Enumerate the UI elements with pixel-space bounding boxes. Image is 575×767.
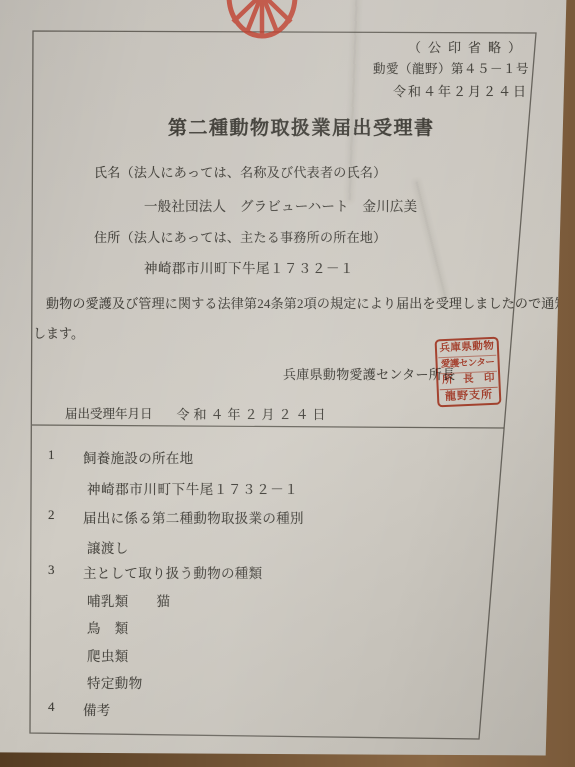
item-2-value: 譲渡し: [87, 537, 129, 557]
header-issue-date: 令和４年２月２４日: [393, 81, 528, 100]
issuer-title: 兵庫県動物愛護センター所長: [283, 364, 455, 383]
section-divider-line: [32, 425, 504, 428]
office-seal-line: 兵庫県動物: [438, 340, 497, 357]
body-text-line1: 動物の愛護及び管理に関する法律第24条第2項の規定により届出を受理しましたので通…: [33, 293, 568, 312]
item-3-value-mammals: 哺乳類 猫: [87, 590, 170, 610]
body-text-line2: します。: [33, 323, 84, 342]
header-reference-number: 動愛（龍野）第４５－１号: [373, 59, 529, 77]
acceptance-date-label: 届出受理年月日: [65, 404, 153, 423]
document-title: 第二種動物取扱業届出受理書: [168, 113, 435, 140]
item-1-label: 飼養施設の所在地: [83, 447, 193, 467]
item-3-value-birds: 鳥 類: [87, 617, 129, 637]
address-value: 神崎郡市川町下牛尾１７３２－１: [144, 257, 354, 277]
item-4-label: 備考: [83, 699, 111, 719]
round-official-seal-icon: [229, 0, 295, 36]
item-4-number: 4: [48, 699, 55, 715]
item-1-number: 1: [48, 447, 55, 463]
name-label: 氏名（法人にあっては、名称及び代表者の氏名）: [94, 162, 386, 181]
name-value: 一般社団法人 グラビューハート 金川広美: [144, 195, 417, 215]
acceptance-date-row: 届出受理年月日 令和４年２月２４日: [65, 404, 330, 423]
photo-background: （公印省略） 動愛（龍野）第４５－１号 令和４年２月２４日 第二種動物取扱業届出…: [0, 0, 575, 767]
header-seal-note: （公印省略）: [408, 37, 528, 56]
acceptance-date-value: 令和４年２月２４日: [177, 404, 330, 423]
item-3-label: 主として取り扱う動物の種類: [83, 562, 262, 582]
item-2-number: 2: [48, 507, 55, 523]
office-square-seal: 兵庫県動物 愛護センター 所 長 印 龍野支所: [435, 337, 502, 408]
item-3-number: 3: [48, 562, 55, 578]
office-seal-line: 所 長 印: [439, 371, 498, 389]
office-seal-line: 龍野支所: [440, 387, 499, 405]
office-seal-line: 愛護センター: [438, 355, 497, 373]
paper-sheet: （公印省略） 動愛（龍野）第４５－１号 令和４年２月２４日 第二種動物取扱業届出…: [0, 0, 575, 767]
address-label: 住所（法人にあっては、主たる事務所の所在地）: [94, 227, 386, 246]
item-2-label: 届出に係る第二種動物取扱業の種別: [83, 507, 304, 527]
item-3-value-specified-animals: 特定動物: [87, 672, 143, 692]
item-3-value-reptiles: 爬虫類: [87, 645, 129, 665]
item-1-value: 神崎郡市川町下牛尾１７３２－１: [87, 478, 299, 498]
paper-crease: [416, 182, 447, 299]
